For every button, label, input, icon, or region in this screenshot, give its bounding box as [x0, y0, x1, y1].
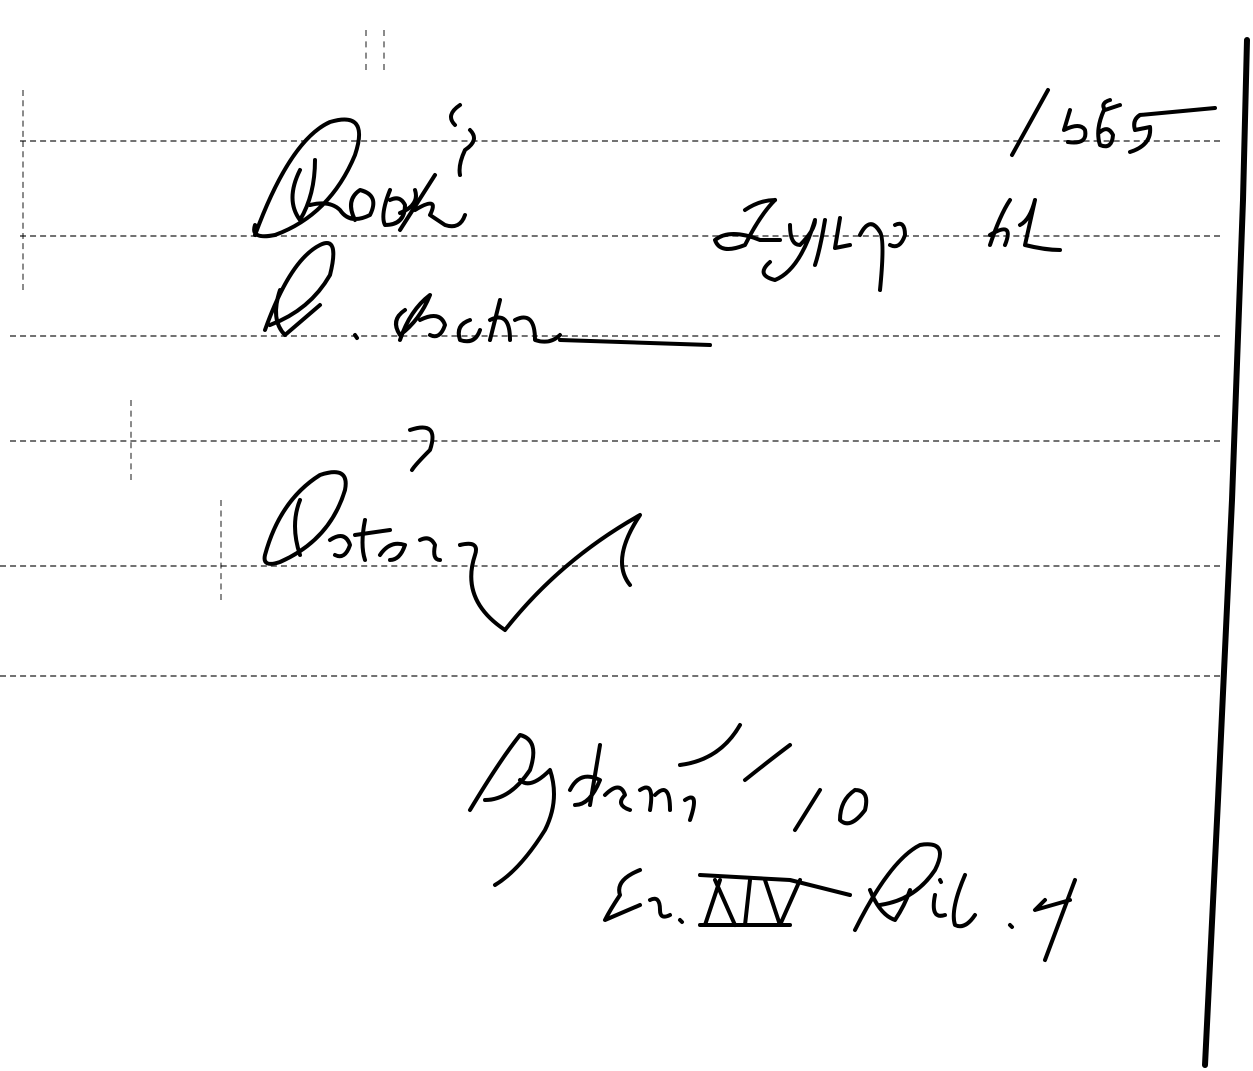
card-edge [1205, 40, 1247, 1065]
handwriting-ink [0, 0, 1253, 1071]
place-name-ink [254, 105, 474, 236]
index-card: 1565 Röök Lysings hd. R. sochn Östergl V… [0, 0, 1253, 1071]
district-ink [715, 200, 1060, 290]
card-number-ink [1012, 90, 1215, 155]
province-ink [265, 428, 640, 631]
source-line-1-ink [470, 725, 866, 885]
parish-ink [265, 243, 710, 345]
source-line-2-ink [605, 844, 1075, 960]
